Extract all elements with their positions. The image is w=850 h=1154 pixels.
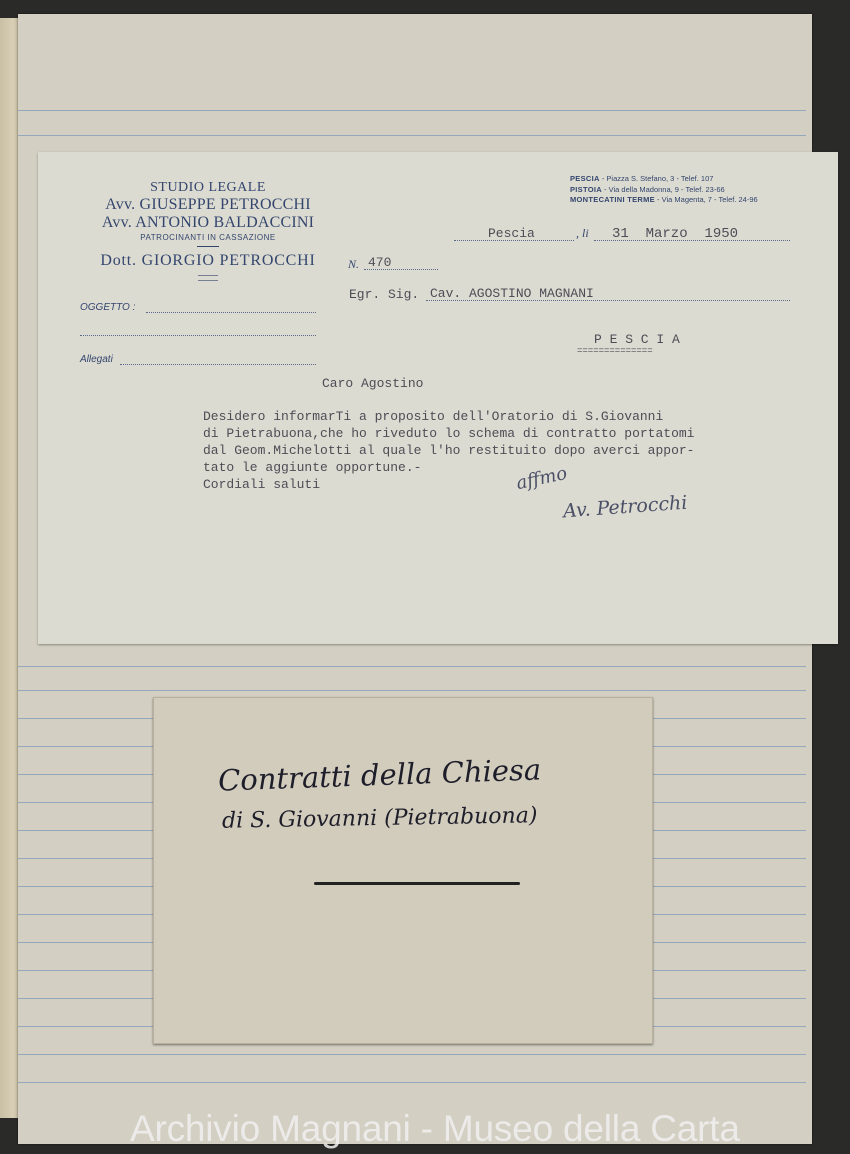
ledger-rule (18, 690, 806, 691)
signature-name: Av. Petrocchi (562, 492, 688, 523)
letterhead-divider (197, 246, 219, 247)
letterhead-studio: STUDIO LEGALE (78, 180, 338, 196)
oggetto-line (146, 312, 316, 313)
egr-sig-label: Egr. Sig. (349, 287, 419, 302)
ledger-rule (18, 135, 806, 136)
letter-number: 470 (368, 255, 391, 270)
letterhead-dott: Dott. GIORGIO PETROCCHI (78, 251, 338, 271)
recipient-city-underline: ============== (577, 346, 653, 356)
closing: Cordiali saluti (203, 477, 320, 494)
li-label: , li (576, 226, 589, 241)
office-pistoia: PISTOIA - Via della Madonna, 9 - Telef. … (570, 185, 758, 196)
office-pescia: PESCIA - Piazza S. Stefano, 3 - Telef. 1… (570, 174, 758, 185)
salutation: Caro Agostino (322, 376, 423, 393)
ledger-rule (18, 1054, 806, 1055)
letterhead-patrocinanti: PATROCINANTI IN CASSAZIONE (78, 232, 338, 244)
date-line (594, 240, 790, 241)
body-line-1: Desidero informarTi a proposito dell'Ora… (203, 409, 663, 426)
typed-letter: STUDIO LEGALE Avv. GIUSEPPE PETROCCHI Av… (38, 152, 838, 644)
oggetto-line-2 (80, 335, 316, 336)
body-line-2: di Pietrabuona,che ho riveduto lo schema… (203, 426, 694, 443)
recipient-line (426, 300, 790, 301)
number-line (364, 269, 438, 270)
ledger-rule (18, 110, 806, 111)
oggetto-label: OGGETTO : (80, 302, 135, 313)
envelope-label: Contratti della Chiesa di S. Giovanni (P… (153, 697, 653, 1044)
envelope-line-1: Contratti della Chiesa (218, 752, 542, 797)
letterhead-lawyer-1: Avv. GIUSEPPE PETROCCHI (78, 196, 338, 214)
recipient-name: Cav. AGOSTINO MAGNANI (430, 286, 594, 301)
recipient-city: P E S C I A (594, 332, 680, 347)
envelope-underline (314, 882, 520, 885)
letterhead-double-rule (198, 275, 218, 281)
office-addresses: PESCIA - Piazza S. Stefano, 3 - Telef. 1… (570, 174, 758, 206)
body-line-4: tato le aggiunte opportune.- (203, 460, 421, 477)
number-label: N. (348, 257, 359, 272)
body-line-3: dal Geom.Michelotti al quale l'ho restit… (203, 443, 694, 460)
allegati-line (120, 364, 316, 365)
place-line (454, 240, 574, 241)
envelope-line-2: di S. Giovanni (Pietrabuona) (222, 803, 538, 834)
letterhead: STUDIO LEGALE Avv. GIUSEPPE PETROCCHI Av… (78, 180, 338, 281)
ledger-rule (18, 666, 806, 667)
archive-watermark: Archivio Magnani - Museo della Carta (130, 1108, 740, 1150)
letterhead-lawyer-2: Avv. ANTONIO BALDACCINI (78, 214, 338, 232)
allegati-label: Allegati (80, 354, 113, 365)
signature-affmo: affmo (514, 463, 569, 494)
office-montecatini: MONTECATINI TERME - Via Magenta, 7 - Tel… (570, 195, 758, 206)
letter-place: Pescia (488, 226, 535, 241)
ledger-rule (18, 1082, 806, 1083)
